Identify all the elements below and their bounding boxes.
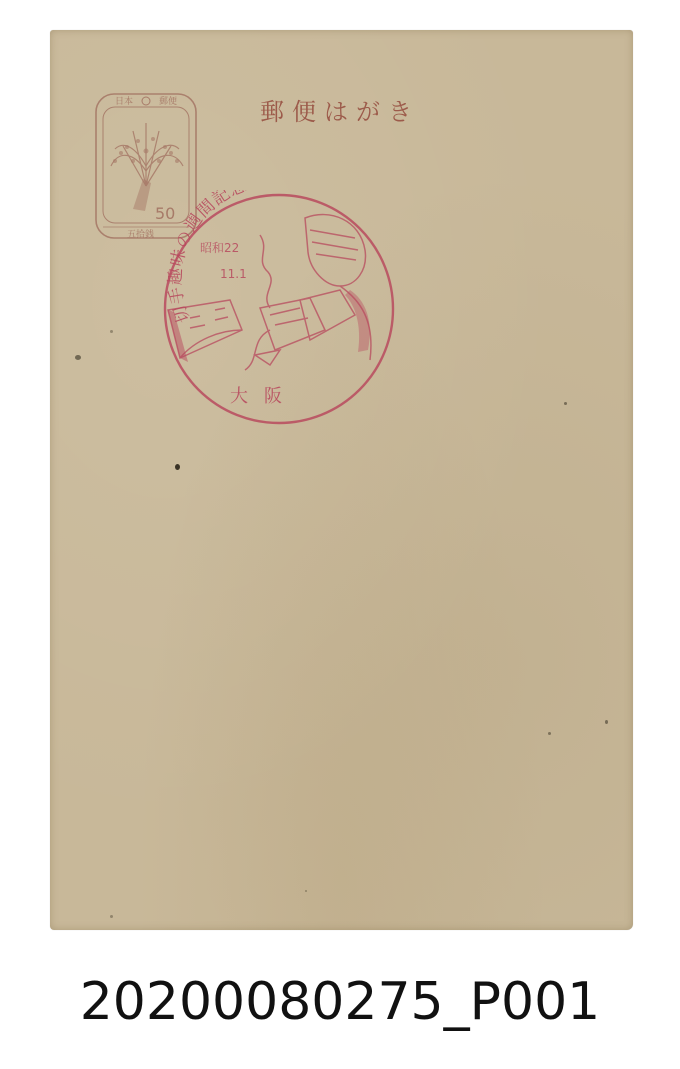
speck <box>305 890 307 892</box>
speck <box>605 720 608 724</box>
postmark-location: 大阪 <box>230 386 298 407</box>
image-caption: 20200080275_P001 <box>0 972 680 1032</box>
postmark-icon: 切手趣味の週間記念 昭和22 11.1 大阪 <box>160 190 398 428</box>
speck <box>564 402 567 405</box>
svg-text:切手趣味の週間記念: 切手趣味の週間記念 <box>166 190 251 325</box>
speck <box>75 355 81 360</box>
postmark-date: 11.1 <box>220 267 247 281</box>
stamp-value-kanji: 五拾銭 <box>127 228 154 240</box>
postcard-title: 郵便はがき <box>260 92 420 127</box>
commemorative-postmark: 切手趣味の週間記念 昭和22 11.1 大阪 <box>160 190 398 428</box>
stamp-top-right-text: 郵便 <box>159 95 177 107</box>
speck <box>110 915 113 918</box>
stamp-top-left-text: 日本 <box>115 95 133 107</box>
postmark-arc-text: 切手趣味の週間記念 <box>166 190 251 325</box>
speck <box>548 732 551 735</box>
postmark-date-era: 昭和22 <box>200 241 239 255</box>
chrysanthemum-crest-icon <box>142 97 150 105</box>
speck <box>110 330 113 333</box>
speck <box>175 464 180 470</box>
